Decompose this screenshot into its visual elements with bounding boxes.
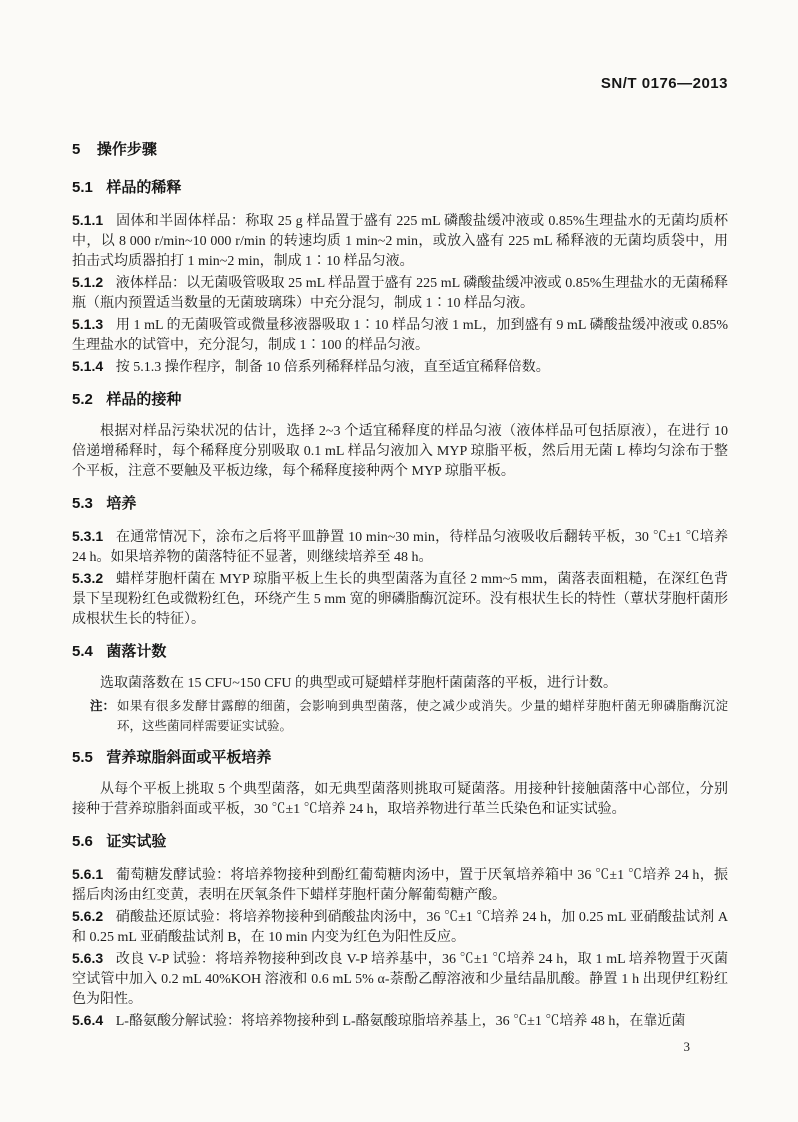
body-paragraph: 选取菌落数在 15 CFU~150 CFU 的典型或可疑蜡样芽胞杆菌菌落的平板，… (72, 674, 728, 694)
standard-number: SN/T 0176—2013 (601, 75, 728, 92)
clause-text: 样品的接种 (106, 391, 181, 408)
clause-text: 在通常情况下，涂布之后将平皿静置 10 min~30 min，待样品匀液吸收后翻… (72, 530, 728, 565)
numbered-clause: 5.1.1固体和半固体样品：称取 25 g 样品置于盛有 225 mL 磷酸盐缓… (72, 210, 728, 272)
clause-text: 按 5.1.3 操作程序，制备 10 倍系列稀释样品匀液，直至适宜稀释倍数。 (116, 360, 550, 375)
clause-text: 如果有很多发酵甘露醇的细菌，会影响到典型菌落，使之减少或消失。少量的蜡样芽胞杆菌… (117, 696, 728, 736)
clause-text: 选取菌落数在 15 CFU~150 CFU 的典型或可疑蜡样芽胞杆菌菌落的平板，… (100, 676, 617, 691)
clause-text: 证实试验 (106, 833, 166, 850)
clause-number: 5.3 (72, 495, 93, 512)
note-paragraph: 注：如果有很多发酵甘露醇的细菌，会影响到典型菌落，使之减少或消失。少量的蜡样芽胞… (90, 696, 728, 736)
clause-text: 营养琼脂斜面或平板培养 (106, 749, 271, 766)
clause-text: 操作步骤 (97, 141, 157, 158)
clause-number: 5.6.1 (72, 866, 103, 882)
clause-text: 样品的稀释 (106, 179, 181, 196)
document-body: 5操作步骤5.1样品的稀释5.1.1固体和半固体样品：称取 25 g 样品置于盛… (72, 140, 728, 1032)
clause-number: 5.4 (72, 643, 93, 660)
numbered-clause: 5.6.1葡萄糖发酵试验：将培养物接种到酚红葡萄糖肉汤中，置于厌氧培养箱中 36… (72, 864, 728, 906)
clause-number: 5.5 (72, 749, 93, 766)
subsection-heading: 5.1样品的稀释 (72, 178, 728, 198)
body-paragraph: 根据对样品污染状况的估计，选择 2~3 个适宜稀释度的样品匀液（液体样品可包括原… (72, 422, 728, 482)
clause-text: 固体和半固体样品：称取 25 g 样品置于盛有 225 mL 磷酸盐缓冲液或 0… (72, 214, 728, 269)
clause-text: 从每个平板上挑取 5 个典型菌落，如无典型菌落则挑取可疑菌落。用接种针接触菌落中… (72, 782, 728, 817)
document-header: SN/T 0176—2013 (72, 76, 728, 91)
clause-number: 5.1.3 (72, 316, 103, 332)
body-paragraph: 从每个平板上挑取 5 个典型菌落，如无典型菌落则挑取可疑菌落。用接种针接触菌落中… (72, 780, 728, 820)
clause-number: 5.2 (72, 391, 93, 408)
subsection-heading: 5.2样品的接种 (72, 390, 728, 410)
clause-number: 5.6.3 (72, 950, 103, 966)
clause-text: 蜡样芽胞杆菌在 MYP 琼脂平板上生长的典型菌落为直径 2 mm~5 mm，菌落… (72, 572, 728, 627)
clause-number: 5.6.2 (72, 908, 103, 924)
document-page: SN/T 0176—2013 5操作步骤5.1样品的稀释5.1.1固体和半固体样… (0, 0, 798, 1122)
clause-text: 液体样品：以无菌吸管吸取 25 mL 样品置于盛有 225 mL 磷酸盐缓冲液或… (72, 276, 728, 311)
numbered-clause: 5.6.3改良 V-P 试验：将培养物接种到改良 V-P 培养基中，36 ℃±1… (72, 948, 728, 1010)
clause-text: 改良 V-P 试验：将培养物接种到改良 V-P 培养基中，36 ℃±1 ℃培养 … (72, 952, 728, 1007)
clause-text: 硝酸盐还原试验：将培养物接种到硝酸盐肉汤中，36 ℃±1 ℃培养 24 h，加 … (72, 910, 728, 945)
numbered-clause: 5.3.1在通常情况下，涂布之后将平皿静置 10 min~30 min，待样品匀… (72, 526, 728, 568)
subsection-heading: 5.5营养琼脂斜面或平板培养 (72, 748, 728, 768)
subsection-heading: 5.6证实试验 (72, 832, 728, 852)
clause-text: 菌落计数 (106, 643, 166, 660)
clause-text: 用 1 mL 的无菌吸管或微量移液器吸取 1∶10 样品匀液 1 mL，加到盛有… (72, 318, 728, 353)
numbered-clause: 5.3.2蜡样芽胞杆菌在 MYP 琼脂平板上生长的典型菌落为直径 2 mm~5 … (72, 568, 728, 630)
numbered-clause: 5.1.2液体样品：以无菌吸管吸取 25 mL 样品置于盛有 225 mL 磷酸… (72, 272, 728, 314)
numbered-clause: 5.1.4按 5.1.3 操作程序，制备 10 倍系列稀释样品匀液，直至适宜稀释… (72, 356, 728, 378)
page-footer: 3 (72, 1038, 728, 1056)
clause-number: 5.6 (72, 833, 93, 850)
clause-number: 5.6.4 (72, 1012, 103, 1028)
clause-number: 5.1.1 (72, 212, 103, 228)
subsection-heading: 5.3培养 (72, 494, 728, 514)
clause-number: 5.1 (72, 179, 93, 196)
clause-text: 培养 (106, 495, 136, 512)
subsection-heading: 5.4菌落计数 (72, 642, 728, 662)
numbered-clause: 5.6.2硝酸盐还原试验：将培养物接种到硝酸盐肉汤中，36 ℃±1 ℃培养 24… (72, 906, 728, 948)
clause-number: 5.3.2 (72, 570, 103, 586)
clause-text: 葡萄糖发酵试验：将培养物接种到酚红葡萄糖肉汤中，置于厌氧培养箱中 36 ℃±1 … (72, 868, 728, 903)
clause-number: 5.3.1 (72, 528, 103, 544)
page-number: 3 (684, 1039, 691, 1054)
numbered-clause: 5.1.3用 1 mL 的无菌吸管或微量移液器吸取 1∶10 样品匀液 1 mL… (72, 314, 728, 356)
clause-text: 根据对样品污染状况的估计，选择 2~3 个适宜稀释度的样品匀液（液体样品可包括原… (72, 424, 728, 479)
clause-number: 注： (90, 696, 115, 736)
numbered-clause: 5.6.4L-酪氨酸分解试验：将培养物接种到 L-酪氨酸琼脂培养基上，36 ℃±… (72, 1010, 728, 1032)
clause-number: 5.1.4 (72, 358, 103, 374)
clause-number: 5 (72, 141, 80, 158)
clause-number: 5.1.2 (72, 274, 103, 290)
section-heading: 5操作步骤 (72, 140, 728, 160)
clause-text: L-酪氨酸分解试验：将培养物接种到 L-酪氨酸琼脂培养基上，36 ℃±1 ℃培养… (116, 1014, 686, 1029)
